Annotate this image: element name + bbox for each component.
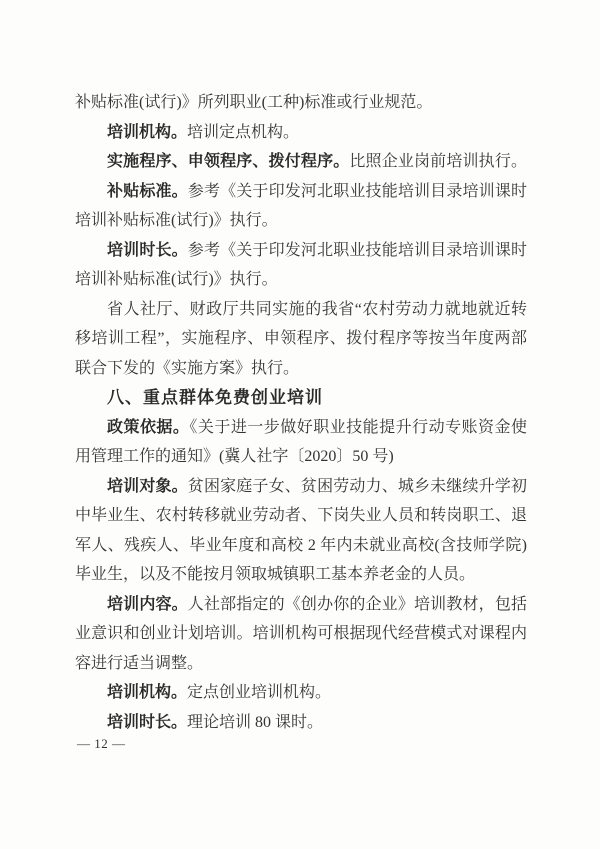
body-text: 比照企业岗前培训执行。 bbox=[349, 153, 527, 170]
page-number: — 12 — bbox=[77, 736, 126, 752]
text-line: 培训补贴标准(试行)》执行。 bbox=[75, 265, 527, 295]
body-text: 业意识和创业计划培训。培训机构可根据现代经营模式对课程内 bbox=[75, 625, 527, 642]
bold-lead-text: 实施程序、申领程序、拨付程序。 bbox=[107, 153, 349, 170]
text-line: 联合下发的《实施方案》执行。 bbox=[75, 354, 527, 384]
bold-lead-text: 八、重点群体免费创业培训 bbox=[107, 388, 323, 407]
document-page: 补贴标准(试行)》所列职业(工种)标准或行业规范。培训机构。培训定点机构。实施程… bbox=[0, 0, 600, 849]
text-line: 培训机构。培训定点机构。 bbox=[75, 118, 527, 148]
text-line: 中毕业生、农村转移就业劳动者、下岗失业人员和转岗职工、退役 bbox=[75, 501, 527, 531]
body-text: 省人社厅、财政厅共同实施的我省“农村劳动力就地就近转 bbox=[107, 301, 527, 318]
text-line: 业意识和创业计划培训。培训机构可根据现代经营模式对课程内 bbox=[75, 619, 527, 649]
body-text: 移培训工程”，实施程序、申领程序、拨付程序等按当年度两部门 bbox=[75, 330, 527, 354]
bold-lead-text: 补贴标准。 bbox=[107, 183, 188, 200]
body-text: 补贴标准(试行)》所列职业(工种)标准或行业规范。 bbox=[75, 94, 432, 111]
text-line: 培训时长。理论培训 80 课时。 bbox=[75, 708, 527, 738]
body-text: 用管理工作的通知》(冀人社字〔2020〕50 号) bbox=[75, 448, 394, 465]
text-line: 省人社厅、财政厅共同实施的我省“农村劳动力就地就近转 bbox=[75, 295, 527, 325]
bold-lead-text: 培训时长。 bbox=[107, 242, 188, 259]
body-text: 容进行适当调整。 bbox=[75, 655, 203, 672]
text-line: 用管理工作的通知》(冀人社字〔2020〕50 号) bbox=[75, 442, 527, 472]
text-line: 培训机构。定点创业培训机构。 bbox=[75, 678, 527, 708]
text-line: 军人、残疾人、毕业年度和高校 2 年内未就业高校(含技师学院) bbox=[75, 531, 527, 561]
section-heading: 八、重点群体免费创业培训 bbox=[75, 383, 527, 413]
body-text: 中毕业生、农村转移就业劳动者、下岗失业人员和转岗职工、退役 bbox=[75, 507, 527, 531]
body-text: 联合下发的《实施方案》执行。 bbox=[75, 360, 299, 377]
body-text: 培训补贴标准(试行)》执行。 bbox=[75, 271, 278, 288]
text-block: 补贴标准(试行)》所列职业(工种)标准或行业规范。培训机构。培训定点机构。实施程… bbox=[75, 88, 527, 737]
bold-lead-text: 培训对象。 bbox=[107, 478, 188, 495]
body-text: 毕业生，以及不能按月领取城镇职工基本养老金的人员。 bbox=[75, 566, 475, 583]
text-line: 培训时长。参考《关于印发河北职业技能培训目录培训课时 bbox=[75, 236, 527, 266]
body-text: 《关于进一步做好职业技能提升行动专账资金使 bbox=[189, 419, 527, 436]
bold-lead-text: 培训机构。 bbox=[107, 684, 187, 701]
text-line: 培训内容。人社部指定的《创办你的企业》培训教材，包括创 bbox=[75, 590, 527, 620]
text-line: 培训补贴标准(试行)》执行。 bbox=[75, 206, 527, 236]
body-text: 培训补贴标准(试行)》执行。 bbox=[75, 212, 278, 229]
body-text: 参考《关于印发河北职业技能培训目录培训课时 bbox=[188, 183, 527, 200]
body-text: 理论培训 80 课时。 bbox=[187, 714, 323, 731]
body-text: 参考《关于印发河北职业技能培训目录培训课时 bbox=[188, 242, 527, 259]
text-line: 培训对象。贫困家庭子女、贫困劳动力、城乡未继续升学初高 bbox=[75, 472, 527, 502]
text-line: 容进行适当调整。 bbox=[75, 649, 527, 679]
text-line: 补贴标准。参考《关于印发河北职业技能培训目录培训课时 bbox=[75, 177, 527, 207]
text-line: 毕业生，以及不能按月领取城镇职工基本养老金的人员。 bbox=[75, 560, 527, 590]
bold-lead-text: 培训机构。 bbox=[107, 124, 187, 141]
text-line: 补贴标准(试行)》所列职业(工种)标准或行业规范。 bbox=[75, 88, 527, 118]
text-line: 移培训工程”，实施程序、申领程序、拨付程序等按当年度两部门 bbox=[75, 324, 527, 354]
body-text: 培训定点机构。 bbox=[187, 124, 299, 141]
body-text: 定点创业培训机构。 bbox=[187, 684, 331, 701]
bold-lead-text: 培训时长。 bbox=[107, 714, 187, 731]
text-line: 政策依据。《关于进一步做好职业技能提升行动专账资金使 bbox=[75, 413, 527, 443]
bold-lead-text: 培训内容。 bbox=[107, 596, 188, 613]
bold-lead-text: 政策依据。 bbox=[107, 419, 189, 436]
body-text: 军人、残疾人、毕业年度和高校 2 年内未就业高校(含技师学院) bbox=[75, 537, 527, 554]
text-line: 实施程序、申领程序、拨付程序。比照企业岗前培训执行。 bbox=[75, 147, 527, 177]
